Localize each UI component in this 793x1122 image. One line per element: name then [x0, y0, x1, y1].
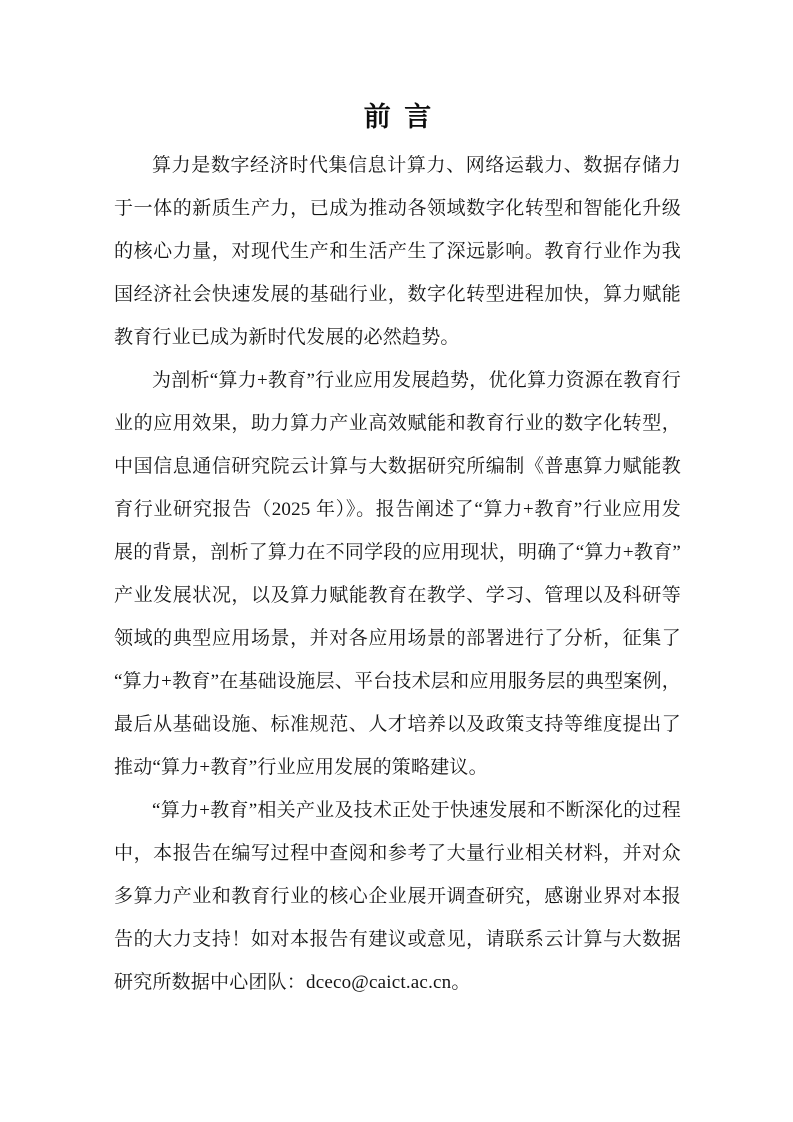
document-page: 前 言 算力是数字经济时代集信息计算力、网络运载力、数据存储力于一体的新质生产力… — [0, 0, 793, 1122]
paragraph-report-overview: 为剖析“算力+教育”行业应用发展趋势，优化算力资源在教育行业的应用效果，助力算力… — [114, 359, 681, 789]
paragraph-intro: 算力是数字经济时代集信息计算力、网络运载力、数据存储力于一体的新质生产力，已成为… — [114, 144, 681, 359]
page-title: 前 言 — [114, 96, 681, 138]
paragraph-acknowledgement-contact: “算力+教育”相关产业及技术正处于快速发展和不断深化的过程中，本报告在编写过程中… — [114, 789, 681, 1004]
